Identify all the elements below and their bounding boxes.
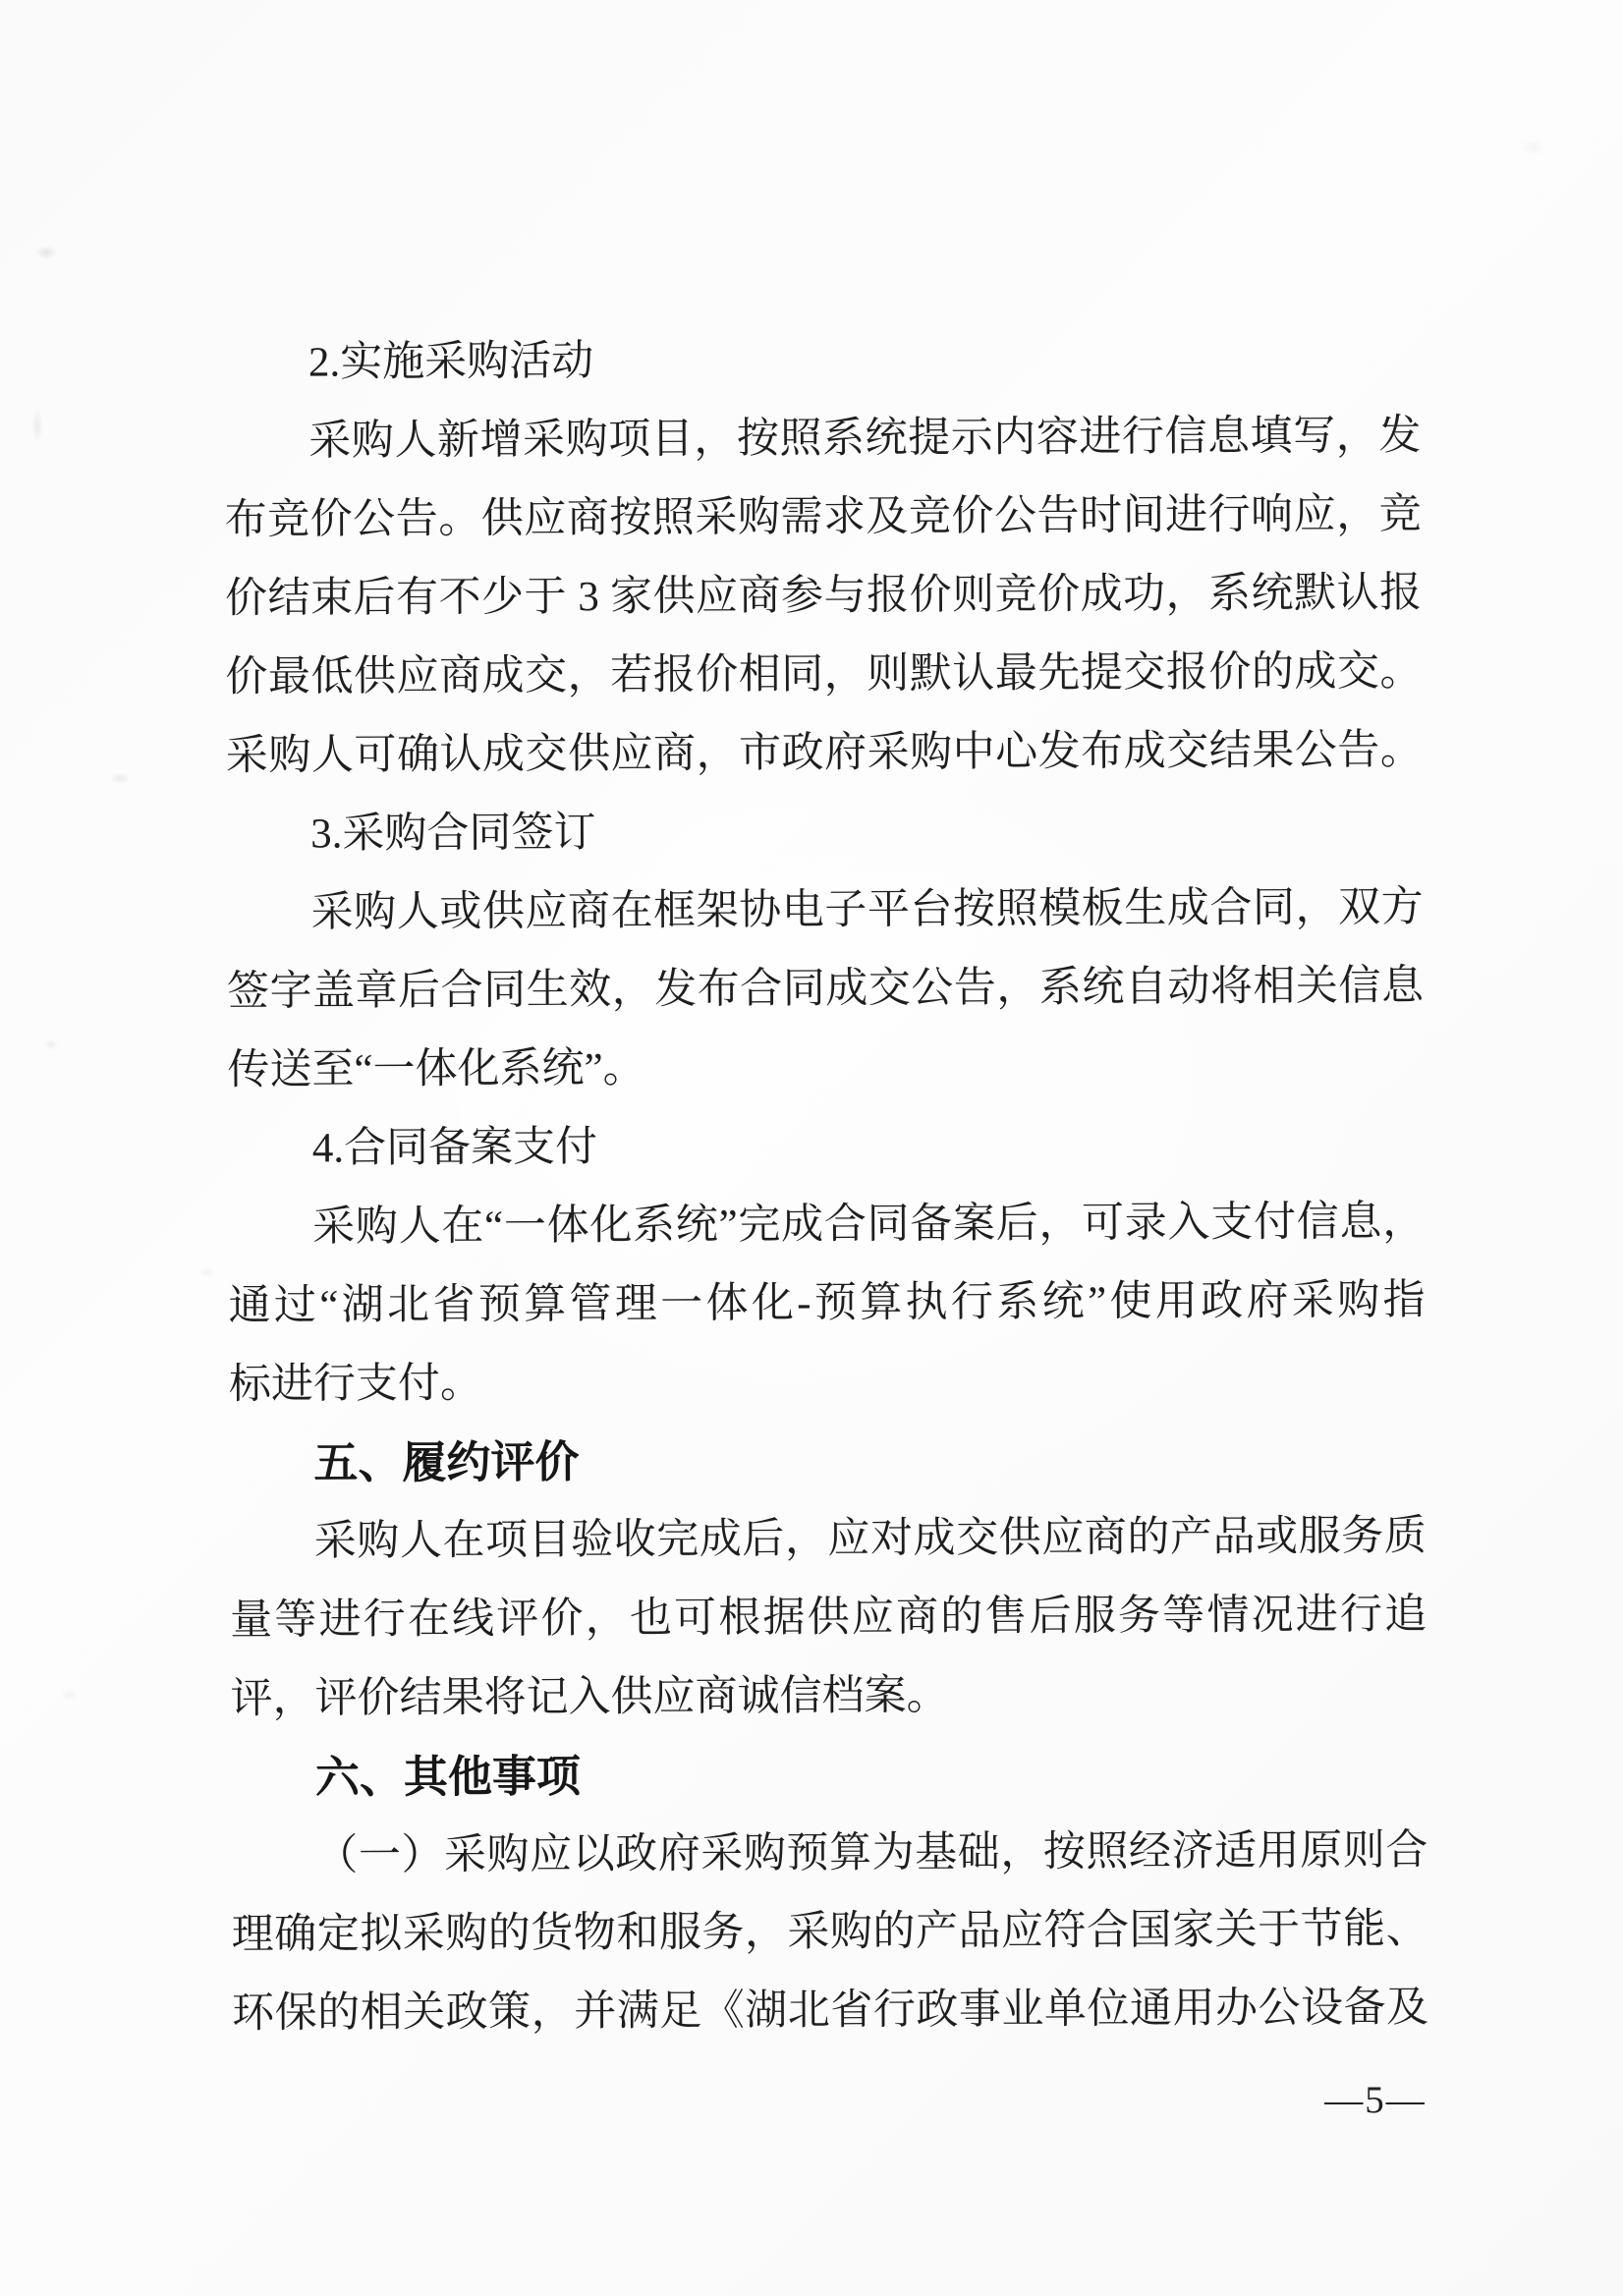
subheading-4: 4.合同备案支付 xyxy=(228,1104,1425,1189)
body-line: 采购人或供应商在框架协电子平台按照模板生成合同，双方 xyxy=(226,868,1423,953)
page-number: —5— xyxy=(1316,2071,1434,2130)
body-line: 评，评价结果将记入供应商诚信档案。 xyxy=(230,1654,1427,1739)
body-line: 布竞价公告。供应商按照采购需求及竞价公告时间进行响应，竞 xyxy=(224,476,1421,560)
subheading-3: 3.采购合同签订 xyxy=(226,790,1423,874)
body-line: 通过“湖北省预算管理一体化-预算执行系统”使用政府采购指 xyxy=(228,1261,1425,1346)
body-line: 签字盖章后合同生效，发布合同成交公告，系统自动将相关信息 xyxy=(227,947,1424,1032)
body-line: 采购人在项目验收完成后，应对成交供应商的产品或服务质 xyxy=(230,1497,1427,1582)
body-line: 价最低供应商成交，若报价相同，则默认最先提交报价的成交。 xyxy=(225,633,1422,717)
subheading-2: 2.实施采购活动 xyxy=(224,318,1421,403)
body-line: 采购人新增采购项目，按照系统提示内容进行信息填写，发 xyxy=(224,397,1421,481)
section-heading-6: 六、其他事项 xyxy=(231,1733,1427,1818)
document-page: 2.实施采购活动 采购人新增采购项目，按照系统提示内容进行信息填写，发 布竞价公… xyxy=(0,0,1623,2296)
body-line: 传送至“一体化系统”。 xyxy=(227,1026,1424,1110)
document-body: 2.实施采购活动 采购人新增采购项目，按照系统提示内容进行信息填写，发 布竞价公… xyxy=(224,318,1429,2053)
body-line: （一）采购应以政府采购预算为基础，按照经济适用原则合 xyxy=(231,1812,1427,1896)
body-line: 价结束后有不少于 3 家供应商参与报价则竞价成功，系统默认报 xyxy=(225,554,1422,639)
body-line: 标进行支付。 xyxy=(229,1340,1426,1425)
section-heading-5: 五、履约评价 xyxy=(229,1419,1426,1503)
body-line: 采购人在“一体化系统”完成合同备案后，可录入支付信息， xyxy=(228,1183,1425,1267)
body-line: 环保的相关政策，并满足《湖北省行政事业单位通用办公设备及 xyxy=(232,1969,1428,2053)
body-line: 理确定拟采购的货物和服务，采购的产品应符合国家关于节能、 xyxy=(232,1890,1428,1975)
body-line: 采购人可确认成交供应商，市政府采购中心发布成交结果公告。 xyxy=(226,711,1423,796)
body-line: 量等进行在线评价，也可根据供应商的售后服务等情况进行追 xyxy=(230,1576,1427,1660)
